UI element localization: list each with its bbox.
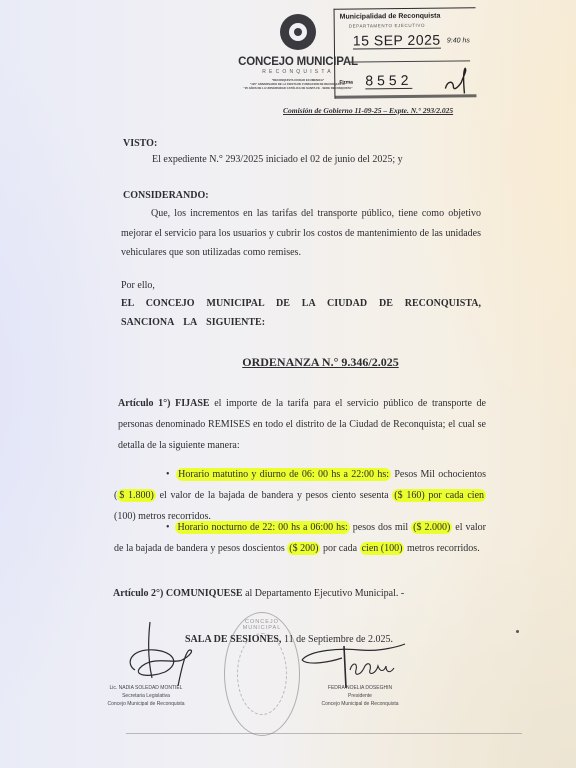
articulo-1-verb: FIJASE bbox=[175, 398, 209, 409]
signature-right-block: FEDRA NOELIA DOSEGHIN Presidente Concejo… bbox=[300, 684, 420, 708]
articulo-1-text: el importe de la tarifa para el servicio… bbox=[118, 398, 486, 451]
tarifa-nocturna-text-a: pesos dos mil bbox=[353, 522, 408, 533]
considerando-text: Que, los incrementos en las tarifas del … bbox=[121, 204, 481, 263]
articulo-2-verb: COMUNIQUESE bbox=[166, 588, 243, 599]
stamp-number-label: Firma bbox=[339, 80, 353, 86]
signature-left-block: Lic. NADIA SOLEDAD MONTIEL Secretaria Le… bbox=[86, 684, 206, 708]
bajada-nocturna: ($ 2.000) bbox=[411, 521, 452, 534]
stamp-signature-icon bbox=[443, 66, 471, 94]
por-cien-diurna: ($ 160) por cada cien bbox=[392, 489, 486, 502]
bajada-diurna: $ 1.800) bbox=[117, 489, 156, 502]
articulo-2-label: Artículo 2°) bbox=[113, 588, 163, 599]
por-ello: Por ello, bbox=[121, 276, 155, 296]
commission-reference: Comisión de Gobierno 11-09-25 – Expte. N… bbox=[283, 106, 453, 115]
cien-nocturna: cien (100) bbox=[360, 542, 405, 555]
document-page: CONCEJO MUNICIPAL RECONQUISTA "RECONQUIS… bbox=[0, 0, 576, 768]
articulo-2: Artículo 2°) COMUNIQUESE al Departamento… bbox=[113, 584, 404, 604]
por-cien-nocturna: ($ 200) bbox=[287, 542, 320, 555]
stamp-date: 15 SEP 2025 bbox=[353, 32, 441, 50]
considerando-heading: CONSIDERANDO: bbox=[123, 186, 209, 206]
horario-diurno: Horario matutino y diurno de 06: 00 hs a… bbox=[176, 468, 391, 481]
signature-left-icon bbox=[120, 620, 220, 690]
visto-text: El expediente N.° 293/2025 iniciado el 0… bbox=[152, 150, 403, 170]
articulo-2-text: al Departamento Ejecutivo Municipal. - bbox=[245, 588, 404, 599]
signer-left-role: Secretaria Legislativa bbox=[86, 692, 206, 700]
horario-nocturno: Horario nocturno de 22: 00 hs a 06:00 hs… bbox=[175, 521, 349, 534]
articulo-1-label: Artículo 1°) bbox=[118, 398, 171, 409]
stamp-time: 9:40 hs bbox=[447, 37, 470, 44]
page-mark bbox=[516, 630, 519, 633]
ordenanza-title: ORDENANZA N.° 9.346/2.025 bbox=[0, 352, 576, 372]
stamp-number: 8552 bbox=[365, 72, 412, 89]
signer-right-name: FEDRA NOELIA DOSEGHIN bbox=[300, 684, 420, 692]
stamp-institution: Municipalidad de Reconquista bbox=[340, 13, 441, 21]
tarifa-nocturna-text-mid: por cada bbox=[323, 543, 357, 554]
bullet-icon: • bbox=[114, 522, 175, 533]
tarifa-nocturna-text-c: metros recorridos. bbox=[407, 543, 480, 554]
signer-left-name: Lic. NADIA SOLEDAD MONTIEL bbox=[86, 684, 206, 692]
signer-right-org: Concejo Municipal de Reconquista bbox=[300, 700, 420, 708]
reception-stamp: Municipalidad de Reconquista DEPARTAMENT… bbox=[334, 7, 477, 98]
municipal-logo-icon bbox=[280, 14, 316, 50]
signer-right-role: Presidente bbox=[300, 692, 420, 700]
stamp-department: DEPARTAMENTO EJECUTIVO bbox=[349, 23, 425, 29]
sanciona-statement: EL CONCEJO MUNICIPAL DE LA CIUDAD DE REC… bbox=[121, 294, 481, 332]
stamp-rule bbox=[345, 60, 470, 62]
tarifa-diurna-text-b: el valor de la bajada de bandera y pesos… bbox=[160, 490, 389, 501]
articulo-1: Artículo 1°) FIJASE el importe de la tar… bbox=[118, 393, 486, 456]
stamp-bar bbox=[335, 94, 476, 98]
signature-right-icon bbox=[300, 640, 410, 690]
signer-left-org: Concejo Municipal de Reconquista bbox=[86, 700, 206, 708]
tarifa-nocturna: • Horario nocturno de 22: 00 hs a 06:00 … bbox=[114, 517, 486, 559]
bullet-icon: • bbox=[114, 469, 176, 480]
footer-rule bbox=[126, 733, 522, 734]
